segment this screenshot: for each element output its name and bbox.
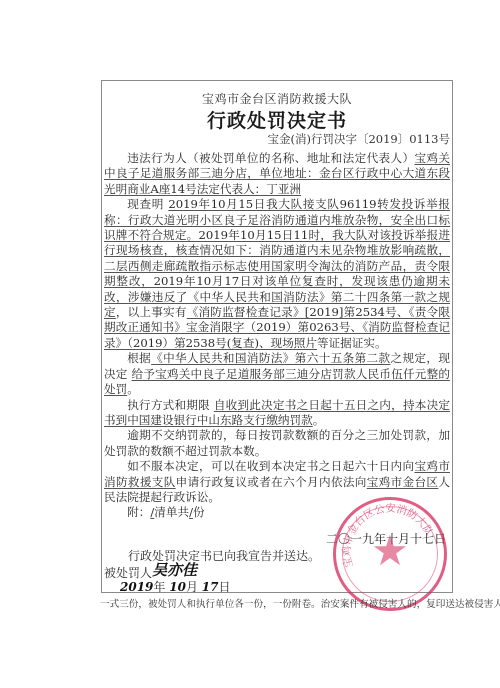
- signature-date: 2019年 10月 17日: [120, 578, 231, 595]
- legal-basis: 《中华人民共和国消防法》第六十五条第二款: [151, 351, 390, 365]
- sign-month: 10: [169, 580, 186, 594]
- execution-paragraph: 执行方式和期限 自收到此决定书之日起十五日之内，持本决定书到中国建设银行中山东路…: [104, 398, 450, 429]
- day-label: 日: [219, 580, 231, 594]
- facts-suffix: ，以上事实有: [116, 305, 187, 319]
- appeal-text-2: 申请行政复议或者在六个月内依法向: [176, 475, 367, 489]
- execution-label: 执行方式和期限: [127, 398, 210, 412]
- penalty-decision: 给予宝鸡关中良子足道服务部三迪分店罚款人民币伍仟元整的处罚: [104, 367, 450, 396]
- document-title: 行政处罚决定书: [102, 106, 452, 133]
- basis-paragraph: 根据《中华人民共和国消防法》第六十五条第二款之规定，现决定 给予宝鸡关中良子足道…: [104, 351, 450, 397]
- issue-date: 二〇一九年十月十七日: [326, 530, 446, 547]
- sign-day: 17: [202, 580, 219, 594]
- footer-note: 一式三份，被处罚人和执行单位各一份，一份附卷。治安案件有被侵害人的，复印送达被侵…: [100, 596, 500, 610]
- facts-label: 现查明: [127, 197, 164, 211]
- basis-label: 根据: [127, 351, 151, 365]
- basis-end: 。: [127, 382, 139, 396]
- document-number: 宝金(消)行罚决字〔2019〕0113号: [267, 131, 450, 147]
- document-body: 违法行为人（被处罚单位的名称、地址和法定代表人）宝鸡关中良子足道服务部三迪分店，…: [104, 151, 450, 521]
- appeal-paragraph: 如不服本决定，可以在收到本决定书之日起六十日内向宝鸡市消防救援支队申请行政复议或…: [104, 459, 450, 505]
- facts-paragraph: 现查明 2019年10月15日我大队接支队96119转发投诉举报称：行政大道光明…: [104, 197, 450, 351]
- overdue-paragraph: 逾期不交纳罚款的，每日按罚款数额的百分之三加处罚款，加处罚款的数额不超过罚款本数…: [104, 428, 450, 459]
- year-label: 年: [153, 580, 165, 594]
- recipient-signature: 吴亦佳: [152, 559, 197, 580]
- decision-document-frame: 宝鸡市金台区消防救援大队 行政处罚决定书 宝金(消)行罚决字〔2019〕0113…: [101, 80, 453, 593]
- evidence-suffix: 等证据证实。: [317, 336, 387, 350]
- court-name: 宝鸡市金台区: [367, 475, 439, 489]
- party-label: 违法行为人（被处罚单位的名称、地址和法定代表人）: [127, 151, 414, 165]
- attachment-label: 附：: [127, 505, 150, 519]
- appeal-text-1: 如不服本决定，可以在收到本决定书之日起六十日内向: [127, 459, 414, 473]
- attachment-line: 附：/清单共/份: [104, 505, 450, 520]
- sign-year: 2019: [120, 580, 153, 594]
- attachment-mid: 清单共: [154, 505, 189, 519]
- issuing-organization: 宝鸡市金台区消防救援大队: [102, 90, 452, 107]
- attachment-unit: 份: [193, 505, 205, 519]
- month-label: 月: [186, 580, 198, 594]
- party-paragraph: 违法行为人（被处罚单位的名称、地址和法定代表人）宝鸡关中良子足道服务部三迪分店，…: [104, 151, 450, 197]
- execution-end: 。: [313, 413, 325, 427]
- facts-value: 2019年10月15日我大队接支队96119转发投诉举报称：行政大道光明小区良子…: [104, 197, 450, 319]
